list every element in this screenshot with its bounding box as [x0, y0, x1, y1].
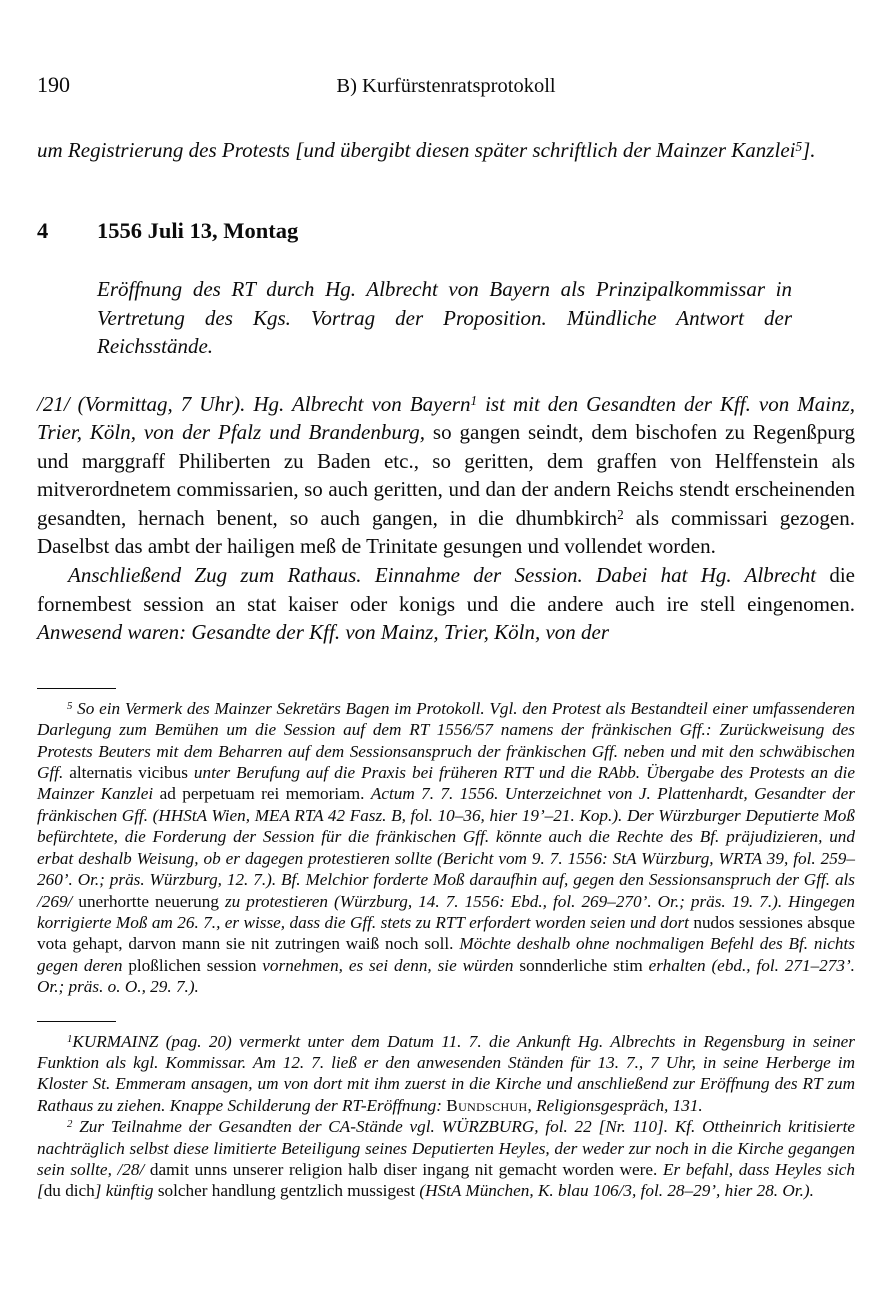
entry-heading: 4 1556 Juli 13, Montag — [37, 217, 855, 245]
footnote-separator-2 — [37, 1021, 116, 1022]
entry-title: 1556 Juli 13, Montag — [97, 217, 298, 245]
footnote-group-1: 5 So ein Vermerk des Mainzer Sekretärs B… — [37, 688, 855, 998]
running-title: B) Kurfürstenratsprotokoll — [157, 73, 735, 99]
footnote-1: 1KURMAINZ (pag. 20) vermerkt unter dem D… — [37, 1031, 855, 1117]
intro-paragraph: um Registrierung des Protests [und überg… — [37, 136, 855, 165]
book-page: 190 B) Kurfürstenratsprotokoll um Regist… — [0, 0, 891, 1300]
entry-summary: Eröffnung des RT durch Hg. Albrecht von … — [97, 275, 792, 361]
running-header: 190 B) Kurfürstenratsprotokoll — [37, 72, 855, 99]
footnote-5: 5 So ein Vermerk des Mainzer Sekretärs B… — [37, 698, 855, 998]
footnote-group-2: 1KURMAINZ (pag. 20) vermerkt unter dem D… — [37, 1021, 855, 1202]
footnote-2: 2 Zur Teilnahme der Gesandten der CA-Stä… — [37, 1116, 855, 1202]
body-paragraph-2: Anschließend Zug zum Rathaus. Einnahme d… — [37, 561, 855, 647]
footnote-separator-1 — [37, 688, 116, 689]
entry-number: 4 — [37, 217, 97, 245]
body-paragraph-1: /21/ (Vormittag, 7 Uhr). Hg. Albrecht vo… — [37, 390, 855, 562]
page-number: 190 — [37, 72, 157, 98]
